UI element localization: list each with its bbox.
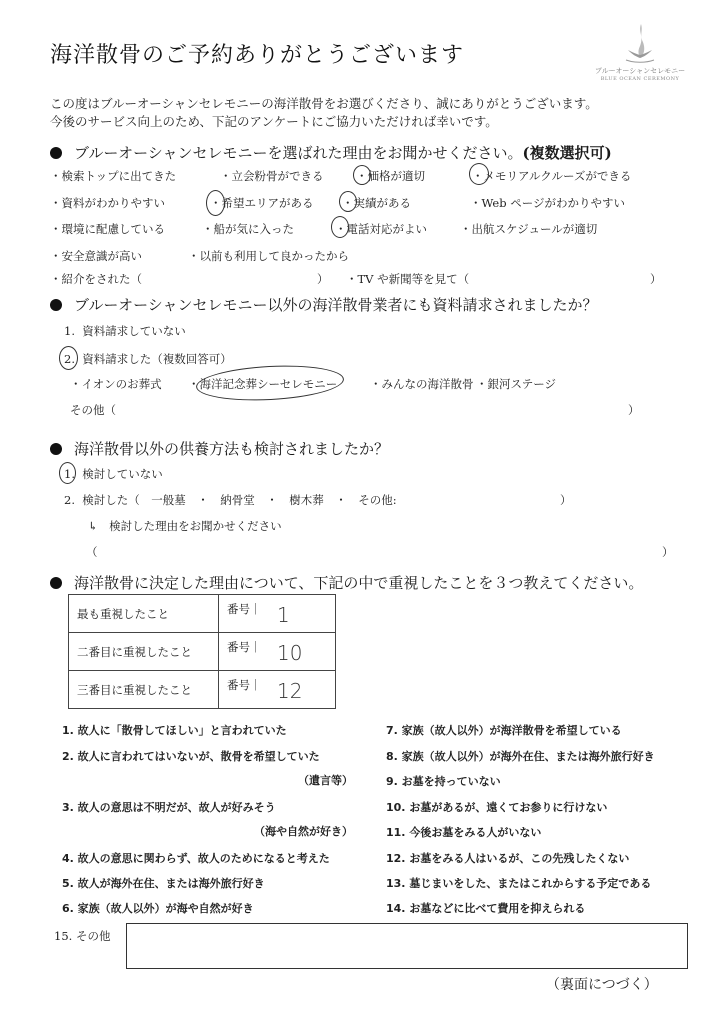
reason-item-2: 2. 故人に言われてはいないが、散骨を希望していた <box>62 748 320 764</box>
q3-reason-close-paren: ） <box>662 544 674 560</box>
reason-item-15-label: 15. その他 <box>54 928 110 944</box>
q3-answer-2[interactable]: 2. 検討した（ 一般墓 ・ 納骨堂 ・ 樹木葬 ・ その他: <box>64 492 397 508</box>
rank-number-cell[interactable]: 番号｜ 1 <box>219 595 336 633</box>
q1-option-area[interactable]: ・希望エリアがある <box>210 195 314 211</box>
reason-item-11: 11. 今後お墓をみる人がいない <box>386 824 541 840</box>
q1-option-ship[interactable]: ・船が気に入った <box>202 221 294 237</box>
q1-option-powdering[interactable]: ・立会粉骨ができる <box>220 168 324 184</box>
q1-option-schedule[interactable]: ・出航スケジュールが適切 <box>460 221 597 237</box>
q2-company-sea-ceremony[interactable]: ・海洋記念葬シーセレモニー <box>188 376 337 392</box>
q2-other-label: その他（ <box>70 402 116 418</box>
flame-lotus-icon <box>620 22 660 66</box>
priority-ranking-table: 最も重視したこと 番号｜ 1 二番目に重視したこと 番号｜ 10 三番目に重視し… <box>68 594 336 709</box>
q2-answer-1[interactable]: 1. 資料請求していない <box>64 323 186 339</box>
company-logo: ブルーオーシャンセレモニー BLUE OCEAN CEREMONY <box>590 22 690 90</box>
table-row: 最も重視したこと 番号｜ 1 <box>69 595 336 633</box>
q1-option-previous-use[interactable]: ・以前も利用して良かったから <box>188 248 349 264</box>
rank-label: 三番目に重視したこと <box>69 671 219 709</box>
q1-option-phone[interactable]: ・電話対応がよい <box>335 221 427 237</box>
q3-reason-open-paren: （ <box>86 544 98 560</box>
q1-option-tv-news[interactable]: ・TV や新聞等を見て（ <box>346 271 469 287</box>
reason-item-9: 9. お墓を持っていない <box>386 773 501 789</box>
q1-option-price[interactable]: ・価格が適切 <box>356 168 425 184</box>
reason-item-5: 5. 故人が海外在住、または海外旅行好き <box>62 875 265 891</box>
handwritten-number: 1 <box>277 603 290 627</box>
bullet-icon <box>50 147 62 159</box>
rank-number-cell[interactable]: 番号｜ 10 <box>219 633 336 671</box>
q1-heading: ブルーオーシャンセレモニーを選ばれた理由をお聞かせください。(複数選択可) <box>50 142 612 163</box>
reason-item-3: 3. 故人の意思は不明だが、故人が好みそう <box>62 799 276 815</box>
q1-option-referral[interactable]: ・紹介をされた（ <box>50 271 142 287</box>
q3-reason-prompt: ↳ 検討した理由をお聞かせください <box>88 518 282 534</box>
table-row: 三番目に重視したこと 番号｜ 12 <box>69 671 336 709</box>
reason-item-6: 6. 家族（故人以外）が海や自然が好き <box>62 900 254 916</box>
q1-option-memorial-cruise[interactable]: ・メモリアルクルーズができる <box>472 168 631 184</box>
rank-label: 二番目に重視したこと <box>69 633 219 671</box>
q2-answer-2[interactable]: 2. 資料請求した（複数回答可） <box>64 351 232 367</box>
reason-item-8: 8. 家族（故人以外）が海外在住、または海外旅行好き <box>386 748 655 764</box>
reason-item-12: 12. お墓をみる人はいるが、この先残したくない <box>386 850 629 866</box>
continued-on-back-note: （裏面につづく） <box>546 974 658 994</box>
rank-label: 最も重視したこと <box>69 595 219 633</box>
q4-heading: 海洋散骨に決定した理由について、下記の中で重視したことを３つ教えてください。 <box>50 572 643 593</box>
q1-option-environment[interactable]: ・環境に配慮している <box>50 221 165 237</box>
reason-item-4: 4. 故人の意思に関わらず、故人のためになると考えた <box>62 850 330 866</box>
reason-item-7: 7. 家族（故人以外）が海洋散骨を希望している <box>386 722 622 738</box>
rank-number-cell[interactable]: 番号｜ 12 <box>219 671 336 709</box>
bullet-icon <box>50 299 62 311</box>
q3-heading: 海洋散骨以外の供養方法も検討されましたか？ <box>50 438 389 459</box>
q1-option-search-top[interactable]: ・検索トップに出てきた <box>50 168 176 184</box>
q2-heading: ブルーオーシャンセレモニー以外の海洋散骨業者にも資料請求されましたか？ <box>50 294 598 315</box>
reason-item-10: 10. お墓があるが、遠くてお参りに行けない <box>386 799 607 815</box>
q1-option-materials[interactable]: ・資料がわかりやすい <box>50 195 165 211</box>
q2-other-close-paren: ） <box>628 402 640 418</box>
q1-option-website[interactable]: ・Web ページがわかりやすい <box>470 195 625 211</box>
intro-line-1: この度はブルーオーシャンセレモニーの海洋散骨をお選びくださり、誠にありがとうござ… <box>50 94 598 112</box>
reason-item-13: 13. 墓じまいをした、またはこれからする予定である <box>386 875 651 891</box>
q2-company-aeon[interactable]: ・イオンのお葬式 <box>70 376 162 392</box>
q1-tv-close-paren: ） <box>650 271 662 287</box>
handwritten-number: 10 <box>277 641 302 665</box>
logo-text-jp: ブルーオーシャンセレモニー <box>590 66 690 76</box>
q1-option-safety[interactable]: ・安全意識が高い <box>50 248 142 264</box>
q2-company-minna[interactable]: ・みんなの海洋散骨 <box>370 376 474 392</box>
q3-answer-1[interactable]: 1. 検討していない <box>64 466 163 482</box>
q3-answer-2-close-paren: ） <box>560 492 572 508</box>
reason-item-3-sub: （海や自然が好き） <box>254 823 353 839</box>
logo-text-en: BLUE OCEAN CEREMONY <box>590 76 690 82</box>
page-title: 海洋散骨のご予約ありがとうございます <box>50 38 464 69</box>
table-row: 二番目に重視したこと 番号｜ 10 <box>69 633 336 671</box>
intro-line-2: 今後のサービス向上のため、下記のアンケートにご協力いただければ幸いです。 <box>50 112 498 130</box>
reason-item-14: 14. お墓などに比べて費用を抑えられる <box>386 900 585 916</box>
handwritten-number: 12 <box>277 679 302 703</box>
other-reason-input[interactable] <box>126 923 688 969</box>
q1-option-track-record[interactable]: ・実績がある <box>342 195 411 211</box>
reason-item-1: 1. 故人に「散骨してほしい」と言われていた <box>62 722 287 738</box>
reason-item-2-sub: （遺言等） <box>298 772 353 788</box>
q2-company-ginga[interactable]: ・銀河ステージ <box>476 376 556 392</box>
bullet-icon <box>50 577 62 589</box>
bullet-icon <box>50 443 62 455</box>
q1-referral-close-paren: ） <box>317 271 329 287</box>
